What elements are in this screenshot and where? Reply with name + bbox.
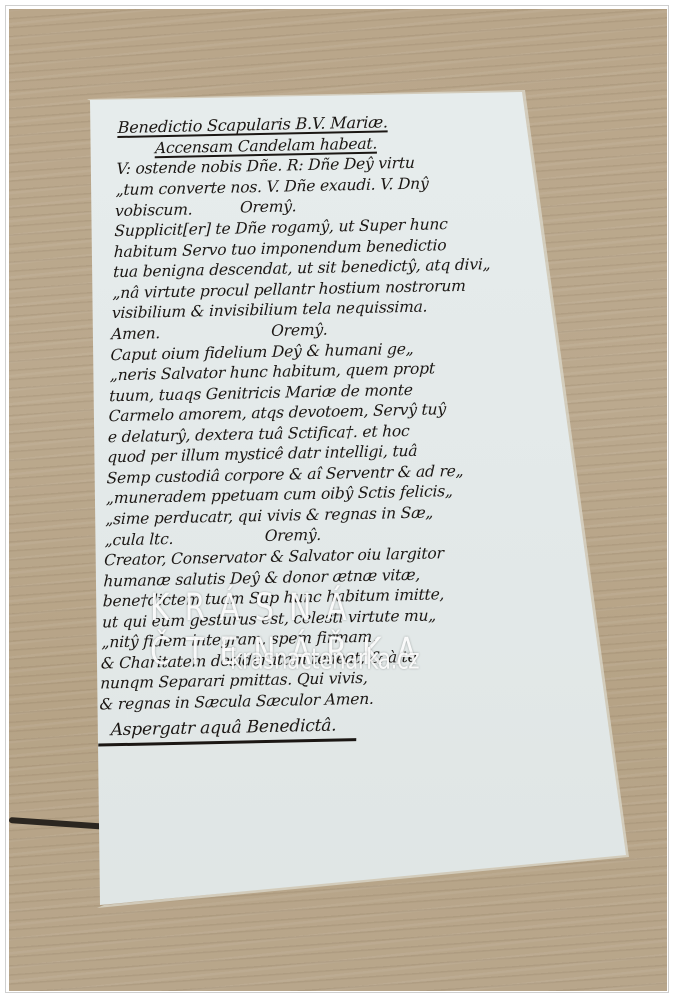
manuscript-closing: Aspergatr aquâ Benedictâ.: [98, 715, 356, 746]
watermark-url: krasnactenarka.cz: [230, 642, 419, 676]
table-seam: [9, 817, 104, 830]
